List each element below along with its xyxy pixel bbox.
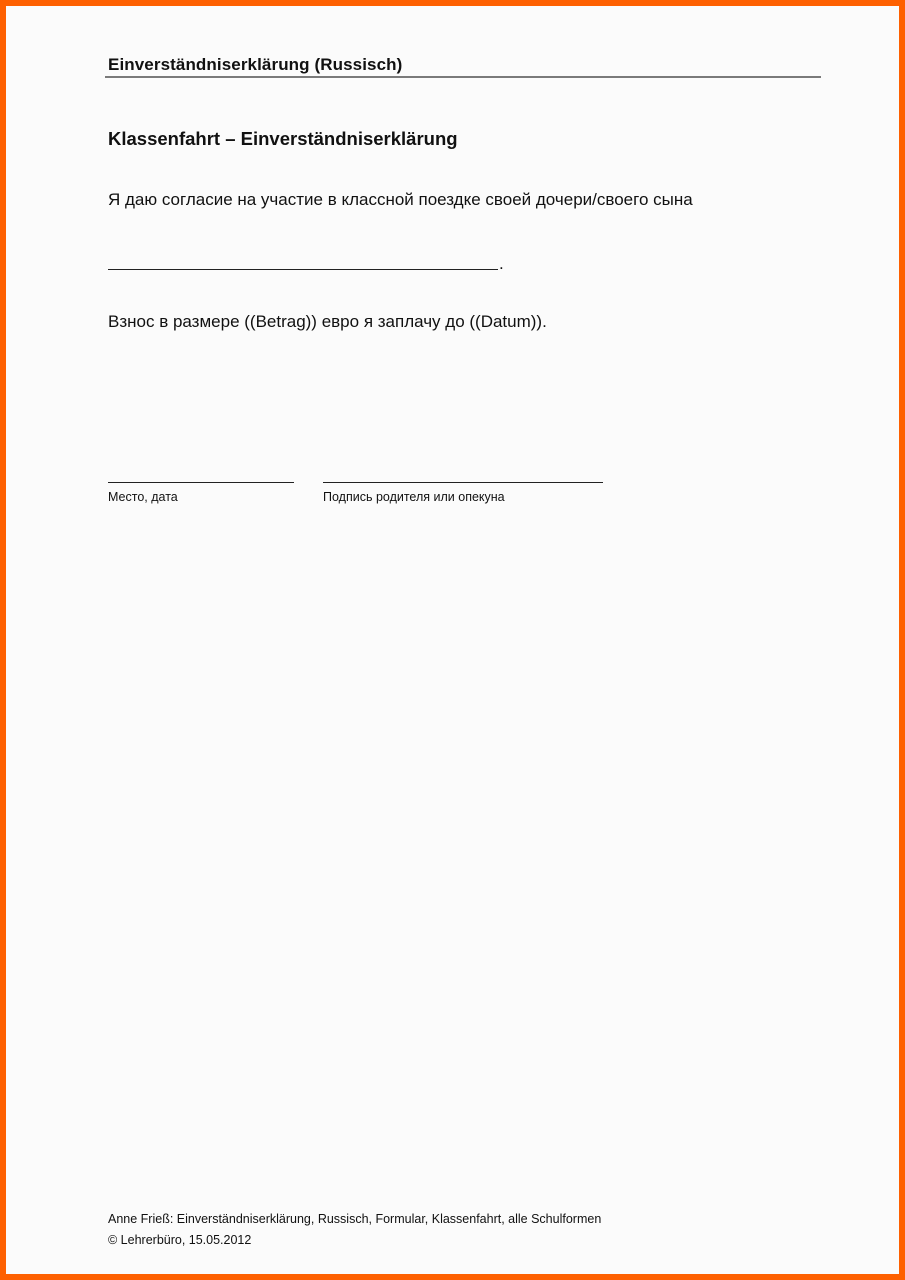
place-date-label: Место, дата bbox=[108, 490, 178, 504]
form-title: Klassenfahrt – Einverständniserklärung bbox=[108, 128, 458, 150]
child-name-field[interactable] bbox=[108, 269, 498, 270]
header-title: Einverständniserklärung (Russisch) bbox=[108, 55, 402, 75]
consent-statement: Я даю согласие на участие в классной пое… bbox=[108, 190, 693, 210]
place-date-field[interactable] bbox=[108, 482, 294, 483]
child-name-field-period: . bbox=[499, 254, 504, 274]
parent-signature-label: Подпись родителя или опекуна bbox=[323, 490, 505, 504]
fee-statement: Взнос в размере ((Betrag)) евро я заплач… bbox=[108, 312, 547, 332]
footer-credits: Anne Frieß: Einverständniserklärung, Rus… bbox=[108, 1212, 601, 1226]
footer-copyright: © Lehrerbüro, 15.05.2012 bbox=[108, 1233, 251, 1247]
parent-signature-field[interactable] bbox=[323, 482, 603, 483]
document-page: Einverständniserklärung (Russisch) Klass… bbox=[6, 6, 899, 1274]
header-divider bbox=[105, 76, 821, 78]
